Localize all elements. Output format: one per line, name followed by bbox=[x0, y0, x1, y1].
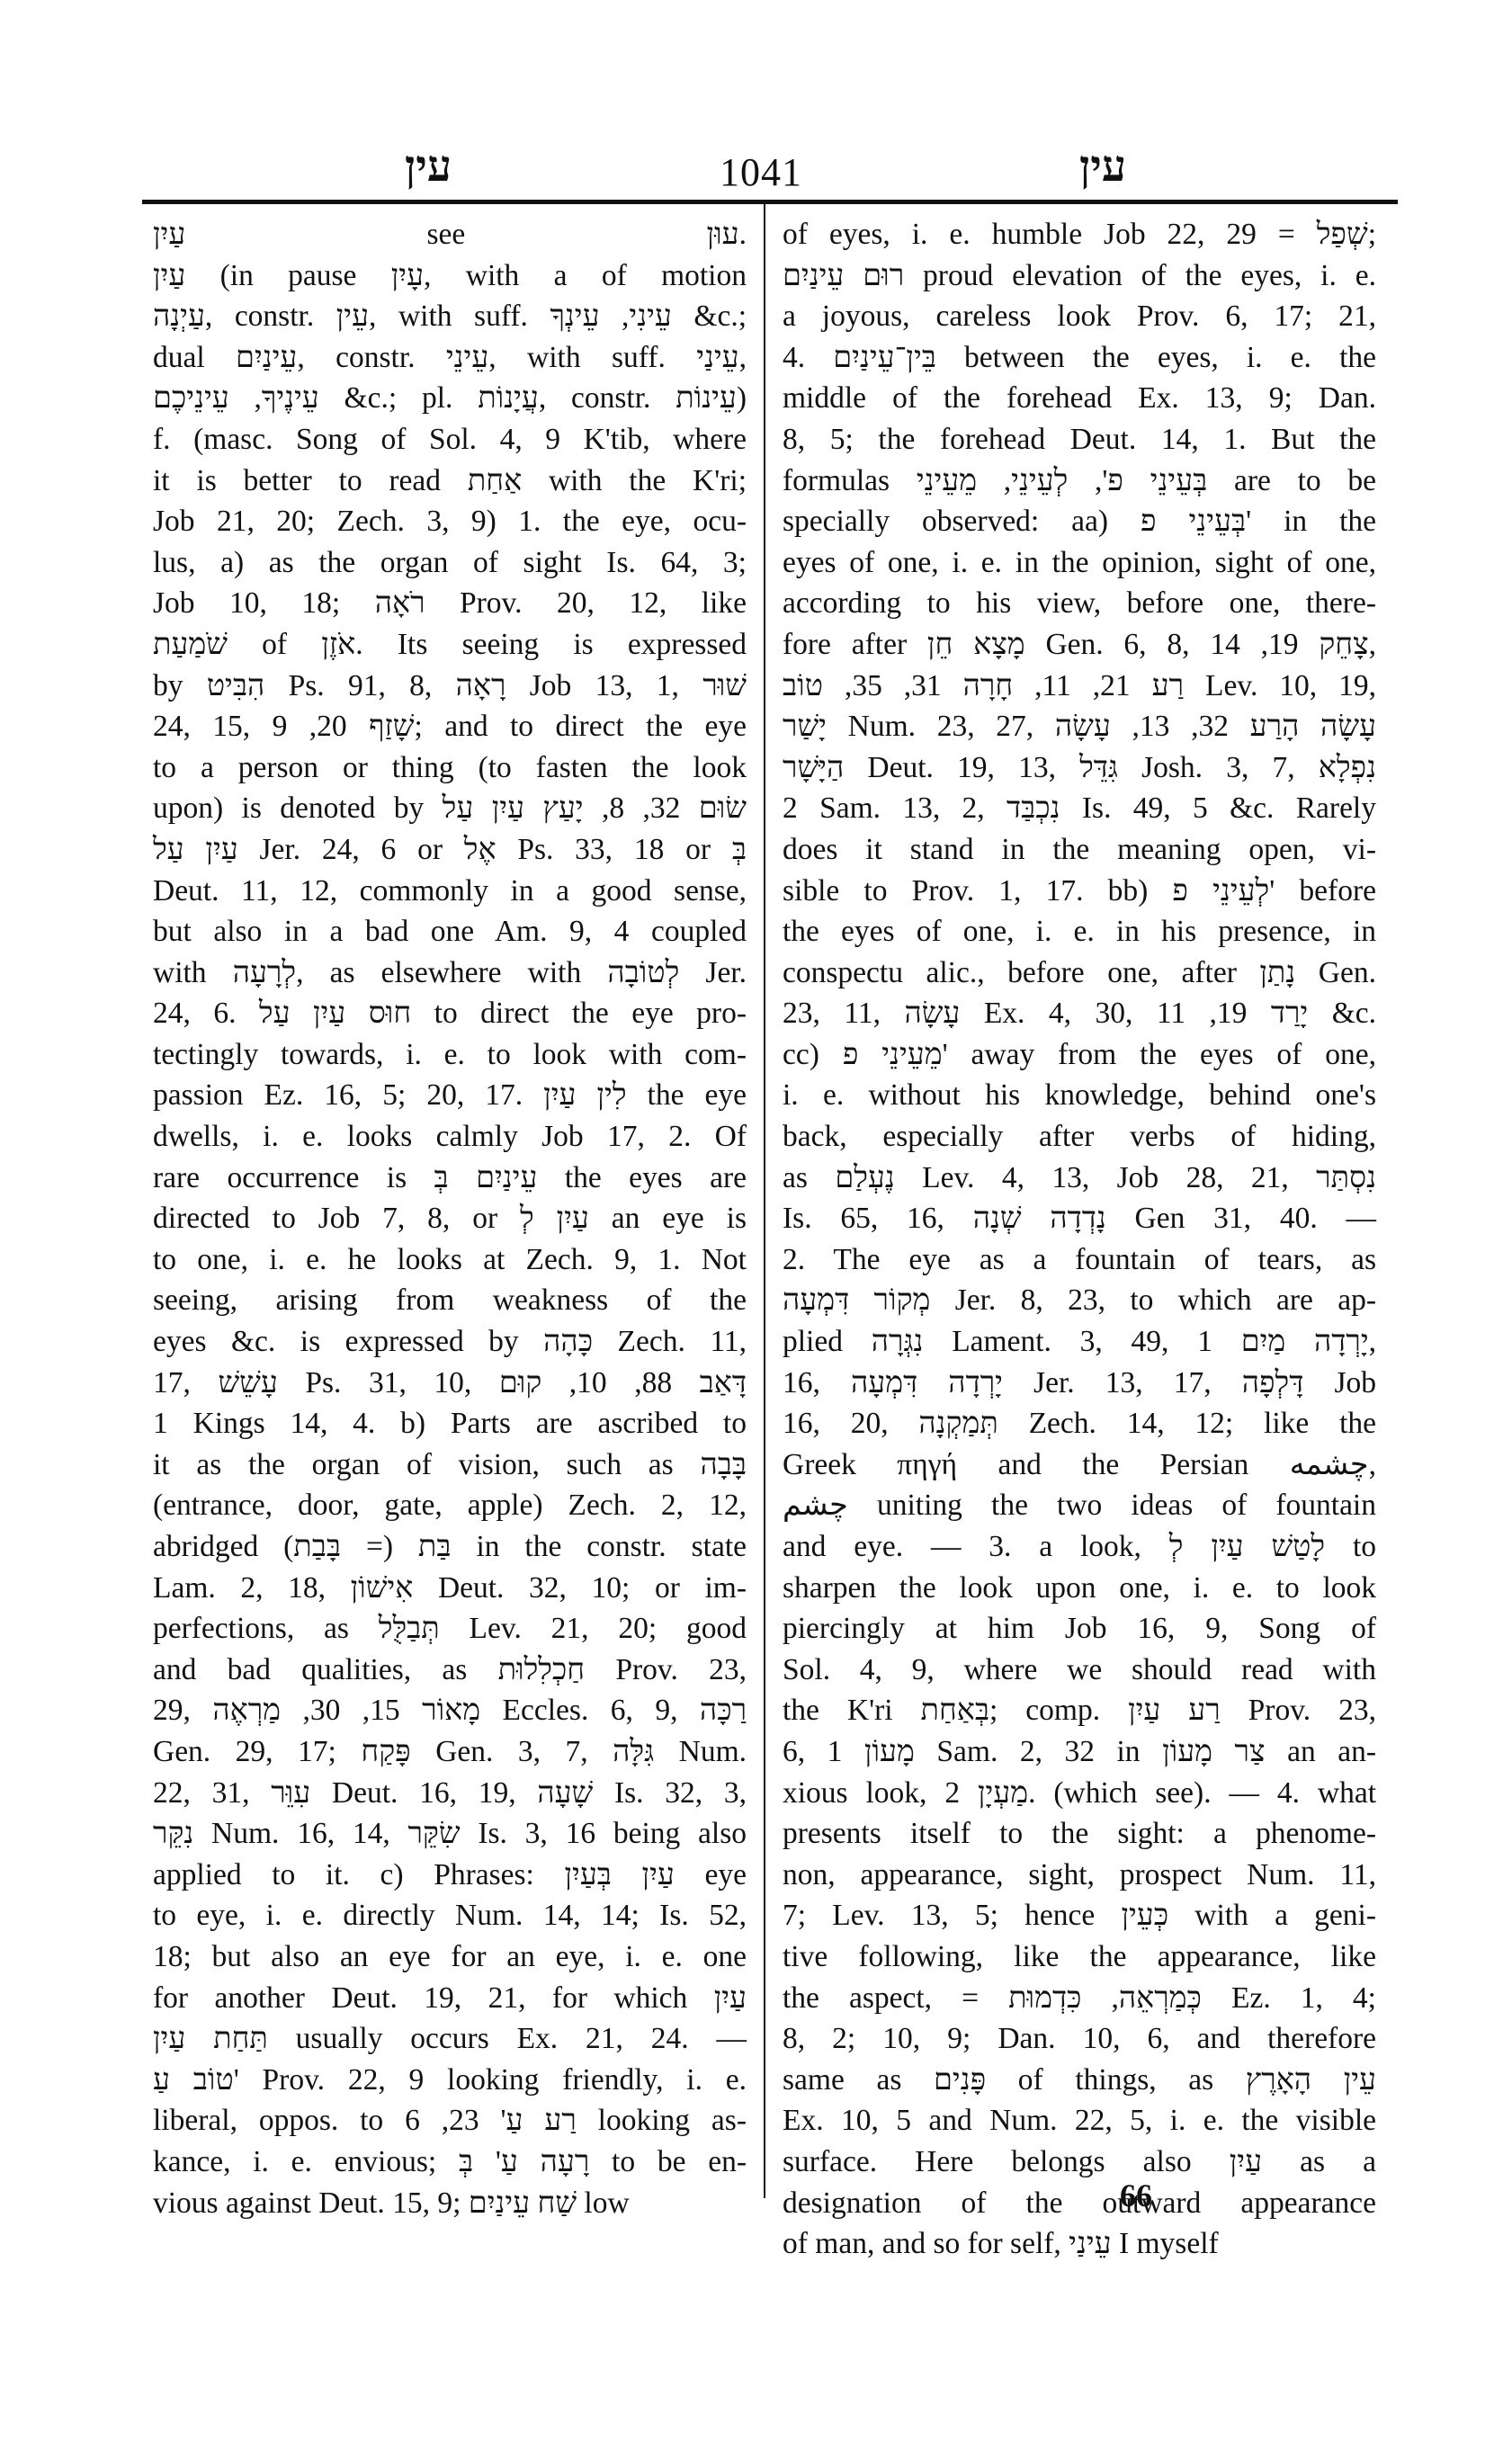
text-line: passion Ez. 16, 5; 20, 17. לִין עַיִן th… bbox=[153, 1075, 747, 1116]
text-line: same as פָּנִים of things, as עֵין הָאָר… bbox=[783, 2060, 1376, 2101]
text-line: Lam. 2, 18, אִישׁוֹן Deut. 32, 10; or im… bbox=[153, 1568, 747, 1609]
text-line: 23, 11, עָשָׂה Ex. 4, 30, יָרַד 19, 11 &… bbox=[783, 993, 1376, 1034]
text-line: עַיִן עַל Jer. 24, 6 or אֶל Ps. 33, 18 o… bbox=[153, 829, 747, 871]
header-rule bbox=[142, 200, 1398, 204]
text-line: 16, 20, תְּמַקְנָה Zech. 14, 12; like th… bbox=[783, 1403, 1376, 1444]
text-line: Deut. 11, 12, commonly in a good sense, bbox=[153, 871, 747, 912]
text-line: upon) is denoted by שׂוּם 32, 8, יָעַץ ע… bbox=[153, 788, 747, 829]
text-line: tive following, like the appearance, lik… bbox=[783, 1936, 1376, 1978]
text-line: eyes &c. is expressed by כָּהָה Zech. 11… bbox=[153, 1321, 747, 1363]
text-line: surface. Here belongs also עַיִן as a bbox=[783, 2142, 1376, 2183]
text-line: Gen. 29, 17; פָּקַח Gen. 3, 7, גִּלָּה N… bbox=[153, 1731, 747, 1773]
text-line: 18; but also an eye for an eye, i. e. on… bbox=[153, 1936, 747, 1978]
text-line: dual עֵינַיִם, constr. עֵינֵי, with suff… bbox=[153, 337, 747, 379]
text-line: sharpen the look upon one, i. e. to look bbox=[783, 1568, 1376, 1609]
text-line: i. e. without his knowledge, behind one'… bbox=[783, 1075, 1376, 1116]
text-line: a joyous, careless look Prov. 6, 17; 21, bbox=[783, 296, 1376, 337]
text-line: does it stand in the meaning open, vi- bbox=[783, 829, 1376, 871]
text-line: Is. 65, 16, נָדְדָה שְׁנָה Gen 31, 40. — bbox=[783, 1198, 1376, 1239]
text-line: 29, מָאוֹר 15, 30, מַרְאֶה Eccles. 6, 9,… bbox=[153, 1690, 747, 1731]
text-line: directed to Job 7, 8, or עַיִן לְ an eye… bbox=[153, 1198, 747, 1239]
text-line: to a person or thing (to fasten the look bbox=[153, 747, 747, 789]
text-line: plied נִגְּרָה Lament. 3, 49, יָרְדָה מַ… bbox=[783, 1321, 1376, 1363]
text-line: Job 10, 18; רֹאָה Prov. 20, 12, like bbox=[153, 583, 747, 624]
text-line: 6, מָעוֹן 1 Sam. 2, 32 in צַר מָעוֹן an … bbox=[783, 1731, 1376, 1773]
text-line: and eye. — 3. a look, לָטַשׁ עַיִן לְ to bbox=[783, 1526, 1376, 1568]
text-line: vious against Deut. 15, 9; שַׁח עֵינַיִם… bbox=[153, 2183, 747, 2224]
text-line: 7; Lev. 13, 5; hence כְּעֵין with a geni… bbox=[783, 1895, 1376, 1936]
text-line: the eyes of one, i. e. in his presence, … bbox=[783, 911, 1376, 952]
text-line: rare occurrence is עֵינַיִם בְּ the eyes… bbox=[153, 1158, 747, 1199]
text-line: conspectu alic., before one, after נָתַן… bbox=[783, 952, 1376, 994]
text-line: רוּם עֵינַיִם proud elevation of the eye… bbox=[783, 255, 1376, 297]
right-column: of eyes, i. e. humble Job 22, 29 = שְׁפַ… bbox=[783, 214, 1376, 2265]
text-line: perfections, as תְּבַלֻּל Lev. 21, 20; g… bbox=[153, 1608, 747, 1650]
text-line: f. (masc. Song of Sol. 4, 9 K'tib, where bbox=[153, 419, 747, 460]
text-line: sible to Prov. 1, 17. bb) לְעֵינֵי פ' be… bbox=[783, 871, 1376, 912]
text-line: non, appearance, sight, prospect Num. 11… bbox=[783, 1855, 1376, 1896]
text-line: תַּחַת עַיִן usually occurs Ex. 21, 24. … bbox=[153, 2018, 747, 2060]
text-line: 1 Kings 14, 4. b) Parts are ascribed to bbox=[153, 1403, 747, 1444]
page-number: 1041 bbox=[720, 149, 802, 195]
text-line: Ex. 10, 5 and Num. 22, 5, i. e. the visi… bbox=[783, 2100, 1376, 2142]
text-line: to eye, i. e. directly Num. 14, 14; Is. … bbox=[153, 1895, 747, 1936]
text-line: xious look, מַעְיָן 2. (which see). — 4.… bbox=[783, 1773, 1376, 1814]
right-headword: עין bbox=[1079, 142, 1126, 192]
text-line: to one, i. e. he looks at Zech. 9, 1. No… bbox=[153, 1239, 747, 1281]
text-line: with לְרָעָה, as elsewhere with לְטוֹבָה… bbox=[153, 952, 747, 994]
text-line: שֹׁמַעַת of אֹזֶן. Its seeing is express… bbox=[153, 624, 747, 666]
text-line: 22, 31, עִוֵּר Deut. 16, 19, שָׁעָה Is. … bbox=[153, 1773, 747, 1814]
text-line: piercingly at him Job 16, 9, Song of bbox=[783, 1608, 1376, 1650]
text-line: Sol. 4, 9, where we should read with bbox=[783, 1650, 1376, 1691]
text-line: עַיִן (in pause עָיִן, with a of motion bbox=[153, 255, 747, 297]
text-line: הַיָּשָׁר Deut. 19, 13, גִּדֵּל Josh. 3,… bbox=[783, 747, 1376, 789]
text-line: רַע 21, 11, חָרָה 31, 35, טוֹב Lev. 10, … bbox=[783, 666, 1376, 707]
text-line: (entrance, door, gate, apple) Zech. 2, 1… bbox=[153, 1485, 747, 1526]
text-line: designation of the outward appearance bbox=[783, 2183, 1376, 2224]
text-line: the K'ri בְּאַחַת; comp. רַע עַיִן Prov.… bbox=[783, 1690, 1376, 1731]
left-headword: עין bbox=[405, 142, 452, 192]
left-column: עַיִן see עוּן.עַיִן (in pause עָיִן, wi… bbox=[153, 214, 747, 2223]
text-line: Job 21, 20; Zech. 3, 9) 1. the eye, ocu- bbox=[153, 501, 747, 542]
text-line: עַיְנָה, constr. עֵין, with suff. עֵינִי… bbox=[153, 296, 747, 337]
text-line: 24, 15, שָׁזַף 20, 9; and to direct the … bbox=[153, 706, 747, 747]
text-line: of eyes, i. e. humble Job 22, 29 = שְׁפַ… bbox=[783, 214, 1376, 255]
column-divider bbox=[764, 203, 765, 2198]
text-line: back, especially after verbs of hiding, bbox=[783, 1116, 1376, 1158]
text-line: עֵינֶיךָ, עֵינֵיכֶם &c.; pl. עֲיָנוֹת, c… bbox=[153, 378, 747, 419]
text-line: Greek πηγή and the Persian چشمه, bbox=[783, 1444, 1376, 1486]
text-line: יָשַׁר Num. 23, 27, עָשָׂה הָרַע 32, 13,… bbox=[783, 706, 1376, 747]
text-line: cc) מֵעֵינֵי פ' away from the eyes of on… bbox=[783, 1034, 1376, 1076]
signature-mark: 66 bbox=[1120, 2177, 1152, 2214]
text-line: the aspect, = כְּמַרְאֵה, כִּדְמוּת Ez. … bbox=[783, 1978, 1376, 2019]
text-line: 4. בֵּין־עֵינַיִם between the eyes, i. e… bbox=[783, 337, 1376, 379]
text-line: middle of the forehead Ex. 13, 9; Dan. bbox=[783, 378, 1376, 419]
text-line: dwells, i. e. looks calmly Job 17, 2. Of bbox=[153, 1116, 747, 1158]
text-line: 8, 5; the forehead Deut. 14, 1. But the bbox=[783, 419, 1376, 460]
text-line: by הִבִּיט Ps. 91, 8, רָאָה Job 13, 1, ש… bbox=[153, 666, 747, 707]
text-line: מְקוֹר דִּמְעָה Jer. 8, 23, to which are… bbox=[783, 1280, 1376, 1321]
text-line: of man, and so for self, עֵינַי I myself bbox=[783, 2223, 1376, 2265]
text-line: נִקֵּר Num. 16, 14, שִׂקֵּר Is. 3, 16 be… bbox=[153, 1813, 747, 1855]
text-line: but also in a bad one Am. 9, 4 coupled bbox=[153, 911, 747, 952]
text-line: עַיִן see עוּן. bbox=[153, 214, 747, 255]
text-line: 17, עָשֵׁשׁ Ps. 31, 10, דָּאַב 88, 10, ק… bbox=[153, 1363, 747, 1404]
text-line: טוֹב עַ' Prov. 22, 9 looking friendly, i… bbox=[153, 2060, 747, 2101]
dictionary-page: עין 1041 עין עַיִן see עוּן.עַיִן (in pa… bbox=[0, 0, 1512, 2450]
text-line: abridged בַּת (= בָּבַת) in the constr. … bbox=[153, 1526, 747, 1568]
text-line: 24, 6. חוּס עַיִן עַל to direct the eye … bbox=[153, 993, 747, 1034]
text-line: fore after מָצָא חֵן Gen. 6, 8, צָחֵק 19… bbox=[783, 624, 1376, 666]
text-line: presents itself to the sight: a phenome- bbox=[783, 1813, 1376, 1855]
text-line: according to his view, before one, there… bbox=[783, 583, 1376, 624]
text-line: eyes of one, i. e. in the opinion, sight… bbox=[783, 542, 1376, 584]
text-line: specially observed: aa) בְּעֵינֵי פ' in … bbox=[783, 501, 1376, 542]
text-line: it as the organ of vision, such as בָּבָ… bbox=[153, 1444, 747, 1486]
text-line: چشم uniting the two ideas of fountain bbox=[783, 1485, 1376, 1526]
text-line: 16, יָרְדָה דִּמְעָה Jer. 13, 17, דָּלְפ… bbox=[783, 1363, 1376, 1404]
text-line: tectingly towards, i. e. to look with co… bbox=[153, 1034, 747, 1076]
text-line: 8, 2; 10, 9; Dan. 10, 6, and therefore bbox=[783, 2018, 1376, 2060]
text-line: lus, a) as the organ of sight Is. 64, 3; bbox=[153, 542, 747, 584]
text-line: 2. The eye as a fountain of tears, as bbox=[783, 1239, 1376, 1281]
text-line: for another Deut. 19, 21, for which עַיִ… bbox=[153, 1978, 747, 2019]
text-line: as נֶעְלַם Lev. 4, 13, Job 28, 21, נִסְת… bbox=[783, 1158, 1376, 1199]
text-line: seeing, arising from weakness of the bbox=[153, 1280, 747, 1321]
text-line: formulas בְּעֵינֵי פ', לְעֵינֵי, מֵעֵינֵ… bbox=[783, 460, 1376, 502]
running-head: עין 1041 עין bbox=[144, 142, 1394, 196]
text-line: kance, i. e. envious; רָעָה עַ' בְּ to b… bbox=[153, 2142, 747, 2183]
text-line: 2 Sam. 13, 2, נִכְבַּד Is. 49, 5 &c. Rar… bbox=[783, 788, 1376, 829]
text-line: it is better to read אַחַת with the K'ri… bbox=[153, 460, 747, 502]
text-line: and bad qualities, as חַכְלִלוּת Prov. 2… bbox=[153, 1650, 747, 1691]
text-line: applied to it. c) Phrases: עַיִן בְּעַיִ… bbox=[153, 1855, 747, 1896]
text-line: liberal, oppos. to רַע עַ' 23, 6 looking… bbox=[153, 2100, 747, 2142]
